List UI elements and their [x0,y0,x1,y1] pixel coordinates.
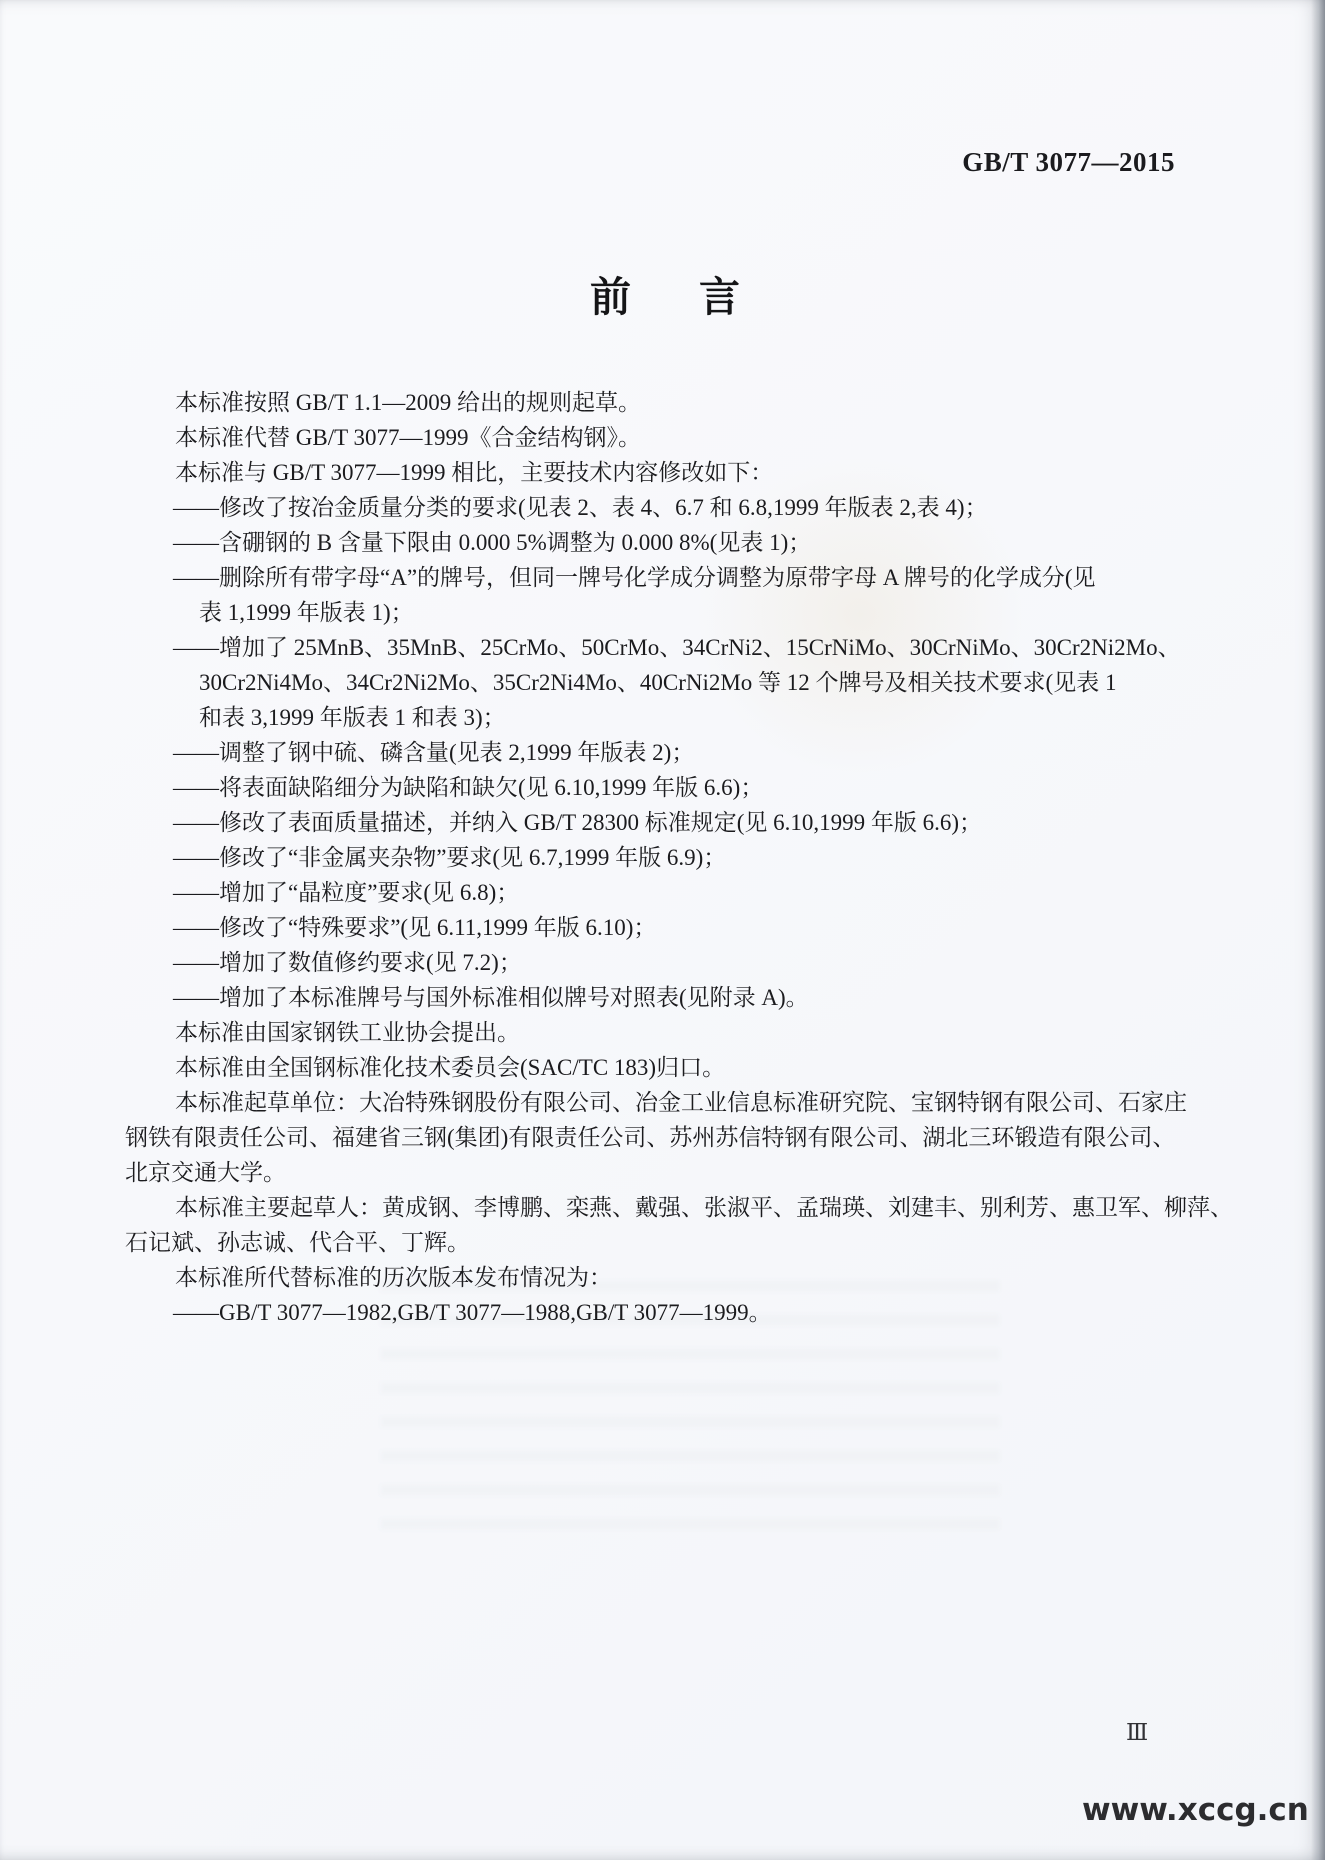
title-char-first: 前 [590,273,631,321]
page-number: Ⅲ [1126,1720,1148,1746]
text-line: 本标准按照 GB/T 1.1—2009 给出的规则起草。 [125,385,1205,420]
text-line: ——调整了钢中硫、磷含量(见表 2,1999 年版表 2)； [125,735,1205,770]
document-page: GB/T 3077—2015 前言 本标准按照 GB/T 1.1—2009 给出… [0,0,1325,1860]
text-line: ——GB/T 3077—1982,GB/T 3077—1988,GB/T 307… [125,1295,1205,1330]
foreword-body: 本标准按照 GB/T 1.1—2009 给出的规则起草。本标准代替 GB/T 3… [125,385,1205,1330]
text-line: 30Cr2Ni4Mo、34Cr2Ni2Mo、35Cr2Ni4Mo、40CrNi2… [125,665,1205,700]
text-line: 钢铁有限责任公司、福建省三钢(集团)有限责任公司、苏州苏信特钢有限公司、湖北三环… [125,1120,1205,1155]
text-line: ——修改了表面质量描述，并纳入 GB/T 28300 标准规定(见 6.10,1… [125,805,1205,840]
text-line: 表 1,1999 年版表 1)； [125,595,1205,630]
text-line: 本标准由全国钢标准化技术委员会(SAC/TC 183)归口。 [125,1050,1205,1085]
text-line: ——增加了数值修约要求(见 7.2)； [125,945,1205,980]
text-line: ——将表面缺陷细分为缺陷和缺欠(见 6.10,1999 年版 6.6)； [125,770,1205,805]
text-line: ——修改了“非金属夹杂物”要求(见 6.7,1999 年版 6.9)； [125,840,1205,875]
text-line: ——含硼钢的 B 含量下限由 0.000 5%调整为 0.000 8%(见表 1… [125,525,1205,560]
text-line: ——增加了本标准牌号与国外标准相似牌号对照表(见附录 A)。 [125,980,1205,1015]
text-line: 北京交通大学。 [125,1155,1205,1190]
page-title: 前言 [125,264,1205,323]
text-line: ——修改了按冶金质量分类的要求(见表 2、表 4、6.7 和 6.8,1999 … [125,490,1205,525]
text-line: ——增加了 25MnB、35MnB、25CrMo、50CrMo、34CrNi2、… [125,630,1205,665]
text-line: 石记斌、孙志诚、代合平、丁辉。 [125,1225,1205,1260]
text-line: 和表 3,1999 年版表 1 和表 3)； [125,700,1205,735]
text-line: ——删除所有带字母“A”的牌号，但同一牌号化学成分调整为原带字母 A 牌号的化学… [125,560,1205,595]
scan-edge-shadow [1311,0,1325,1860]
standard-code: GB/T 3077—2015 [962,147,1175,178]
text-line: ——修改了“特殊要求”(见 6.11,1999 年版 6.10)； [125,910,1205,945]
text-line: 本标准由国家钢铁工业协会提出。 [125,1015,1205,1050]
title-char-second: 言 [699,273,740,321]
text-line: 本标准主要起草人：黄成钢、李博鹏、栾燕、戴强、张淑平、孟瑞瑛、刘建丰、别利芳、惠… [125,1190,1205,1225]
text-line: 本标准所代替标准的历次版本发布情况为： [125,1260,1205,1295]
text-line: 本标准与 GB/T 3077—1999 相比，主要技术内容修改如下： [125,455,1205,490]
watermark: www.xccg.cn [1082,1792,1302,1828]
text-line: 本标准代替 GB/T 3077—1999《合金结构钢》。 [125,420,1205,455]
text-line: 本标准起草单位：大冶特殊钢股份有限公司、冶金工业信息标准研究院、宝钢特钢有限公司… [125,1085,1205,1120]
text-line: ——增加了“晶粒度”要求(见 6.8)； [125,875,1205,910]
